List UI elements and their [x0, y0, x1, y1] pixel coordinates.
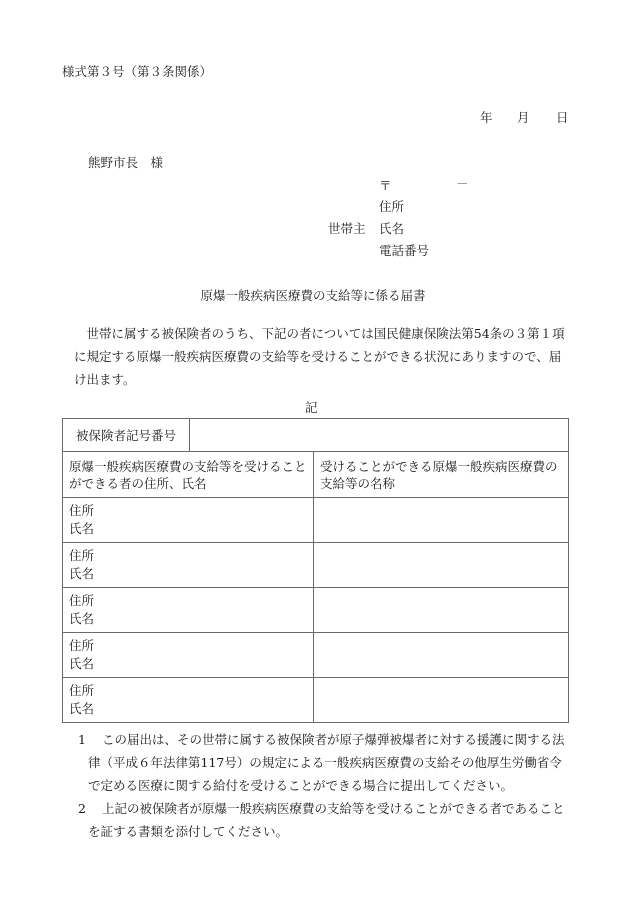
benefit-name-cell[interactable] [314, 633, 569, 678]
insured-number-input[interactable] [190, 419, 569, 451]
notes-section: 1 この届出は、その世帯に属する被保険者が原子爆弾被爆者に対する援護に関する法 … [78, 728, 578, 843]
address-label: 住所 [69, 682, 307, 700]
name-label: 氏名 [69, 700, 307, 718]
ki-heading: 記 [305, 402, 318, 415]
sender-phone-label: 電話番号 [379, 245, 429, 258]
insured-number-row: 被保険者記号番号 [63, 419, 569, 452]
postal-code-dash: － [456, 178, 469, 191]
header-line: 支給等の名称 [320, 475, 562, 492]
address-label: 住所 [69, 547, 307, 565]
body-line: 世帯に属する被保険者のうち、下記の者については国民健康保険法第54条の３第１項 [74, 322, 574, 345]
table-header-row: 原爆一般疾病医療費の支給等を受けること ができる者の住所、氏名 受けることができ… [63, 452, 569, 498]
body-paragraph: 世帯に属する被保険者のうち、下記の者については国民健康保険法第54条の３第１項 … [74, 322, 574, 391]
address-label: 住所 [69, 637, 307, 655]
date-day-label: 日 [556, 112, 569, 125]
sender-name-label: 氏名 [379, 223, 404, 236]
note-line: この届出は、その世帯に属する被保険者が原子爆弾被爆者に対する援護に関する法 [78, 728, 578, 751]
col-header-benefit-name: 受けることができる原爆一般疾病医療費の 支給等の名称 [314, 452, 569, 498]
table-row: 住所 氏名 [63, 498, 569, 543]
address-name-cell[interactable]: 住所 氏名 [63, 543, 314, 588]
note-number: 2 [78, 797, 86, 820]
header-line: ができる者の住所、氏名 [69, 475, 307, 492]
postal-mark: 〒 [379, 180, 392, 193]
note-line: で定める医療に関する給付を受けることができる場合に提出してください。 [78, 774, 578, 797]
header-line: 受けることができる原爆一般疾病医療費の [320, 458, 562, 475]
table-row: 住所 氏名 [63, 543, 569, 588]
note-line: 律（平成６年法律第117号）の規定による一般疾病医療費の支給その他厚生労働省令 [78, 751, 578, 774]
benefit-name-cell[interactable] [314, 588, 569, 633]
address-name-cell[interactable]: 住所 氏名 [63, 498, 314, 543]
address-name-cell[interactable]: 住所 氏名 [63, 588, 314, 633]
address-name-cell[interactable]: 住所 氏名 [63, 633, 314, 678]
note-line: を証する書類を添付してください。 [78, 820, 578, 843]
header-line: 原爆一般疾病医療費の支給等を受けること [69, 458, 307, 475]
note-number: 1 [78, 728, 86, 751]
table-row: 住所 氏名 [63, 633, 569, 678]
beneficiary-table: 被保険者記号番号 原爆一般疾病医療費の支給等を受けること ができる者の住所、氏名… [62, 418, 569, 723]
table-row: 住所 氏名 [63, 678, 569, 723]
name-label: 氏名 [69, 610, 307, 628]
insured-number-label: 被保険者記号番号 [63, 419, 190, 451]
benefit-name-cell[interactable] [314, 543, 569, 588]
sender-address-label: 住所 [379, 201, 404, 214]
address-label: 住所 [69, 502, 307, 520]
table-row: 住所 氏名 [63, 588, 569, 633]
address-name-cell[interactable]: 住所 氏名 [63, 678, 314, 723]
benefit-name-cell[interactable] [314, 678, 569, 723]
date-year-label: 年 [480, 112, 493, 125]
col-header-address-name: 原爆一般疾病医療費の支給等を受けること ができる者の住所、氏名 [63, 452, 314, 498]
note-item: 2 上記の被保険者が原爆一般疾病医療費の支給等を受けることができる者であること … [78, 797, 578, 843]
name-label: 氏名 [69, 520, 307, 538]
name-label: 氏名 [69, 565, 307, 583]
name-label: 氏名 [69, 655, 307, 673]
benefit-name-cell[interactable] [314, 498, 569, 543]
body-line: に規定する原爆一般疾病医療費の支給等を受けることができる状況にありますので、届 [74, 345, 574, 368]
note-line: 上記の被保険者が原爆一般疾病医療費の支給等を受けることができる者であること [78, 797, 578, 820]
form-id: 様式第３号（第３条関係） [62, 66, 212, 79]
body-line: け出ます。 [74, 368, 574, 391]
address-label: 住所 [69, 592, 307, 610]
date-month-label: 月 [517, 112, 530, 125]
household-head-label: 世帯主 [328, 223, 366, 236]
document-title: 原爆一般疾病医療費の支給等に係る届書 [0, 290, 628, 303]
addressee: 熊野市長 様 [88, 157, 163, 170]
note-item: 1 この届出は、その世帯に属する被保険者が原子爆弾被爆者に対する援護に関する法 … [78, 728, 578, 797]
